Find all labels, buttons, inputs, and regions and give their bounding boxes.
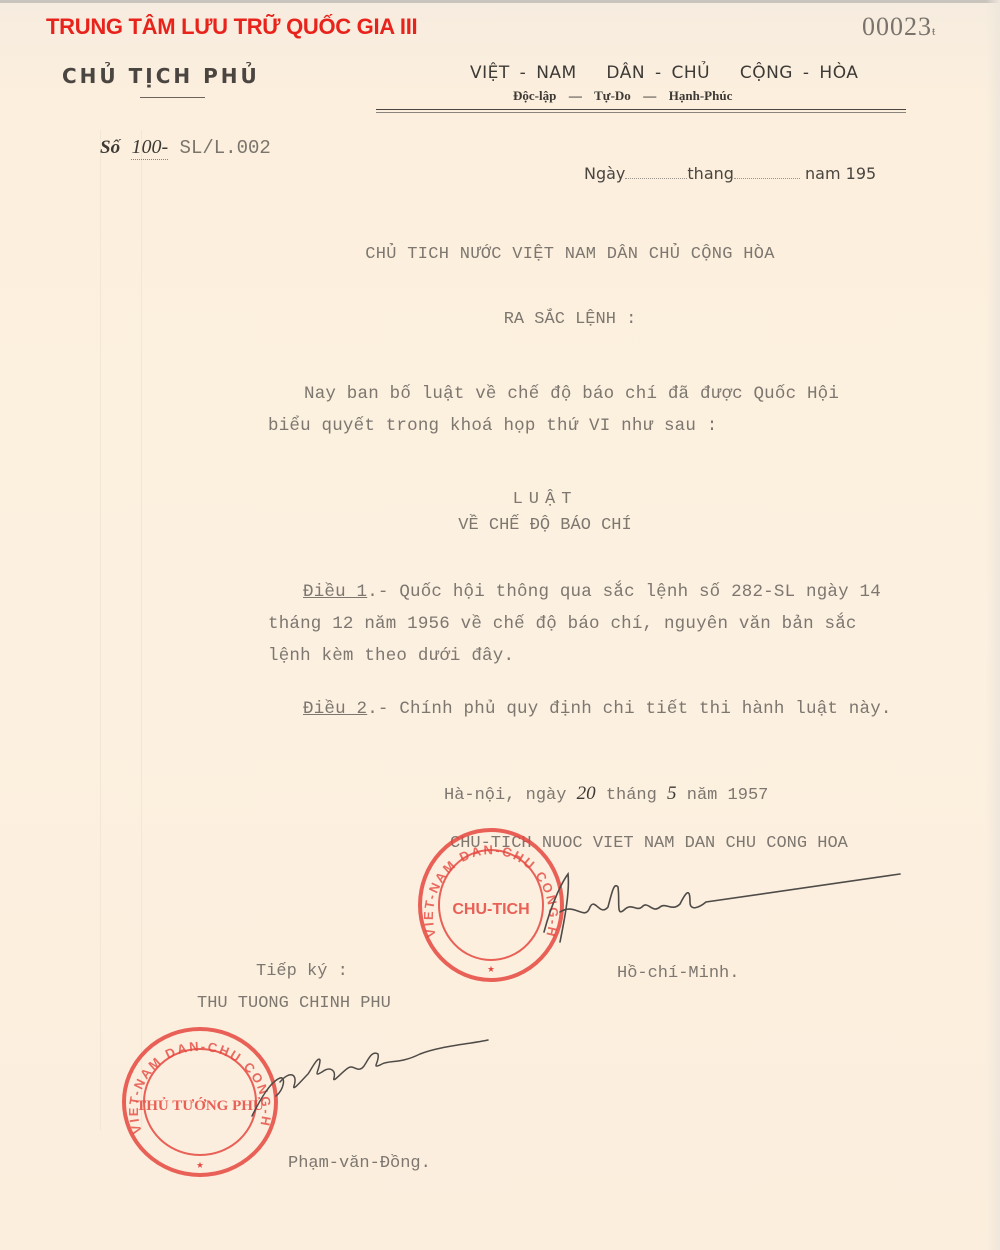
page-number-suffix: ŧ	[932, 24, 936, 38]
signing-place-date: Hà-nội, ngày 20 tháng 5 năm 1957	[444, 783, 768, 805]
signing-month-handwritten: 5	[667, 783, 677, 804]
date-year-label: nam	[805, 164, 841, 183]
letterhead-rule-thin	[376, 112, 906, 113]
date-month-blank	[734, 166, 800, 179]
document-number-typed: SL/L.002	[168, 137, 271, 159]
nation-name: VIỆT - NAM DÂN - CHỦ CỘNG - HÒA	[470, 63, 858, 83]
signing-month-label: tháng	[596, 786, 667, 805]
article-2-label: Điều 2	[303, 699, 367, 719]
national-motto: Độc-lập — Tự-Do — Hạnh-Phúc	[513, 88, 732, 104]
law-subtitle: VỀ CHẾ ĐỘ BÁO CHÍ	[400, 516, 690, 535]
cosign-label: Tiếp ký :	[256, 962, 348, 981]
date-month-label: thang	[687, 164, 734, 183]
article-1-separator: .-	[367, 582, 399, 602]
document-number: Số 100- SL/L.002	[100, 136, 271, 159]
article-1-label: Điều 1	[303, 582, 367, 602]
scan-right-edge	[986, 0, 1000, 1250]
scan-top-edge	[0, 0, 1000, 3]
issuing-organization: CHỦ TỊCH PHỦ	[62, 64, 260, 88]
article-2-line-1: Điều 2.- Chính phủ quy định chi tiết thi…	[303, 699, 892, 719]
article-1-line-1: Điều 1.- Quốc hội thông qua sắc lệnh số …	[303, 582, 881, 602]
article-2-text-1: Chính phủ quy định chi tiết thi hành luậ…	[399, 699, 891, 719]
svg-text:★: ★	[196, 1158, 203, 1172]
intro-line-2: biểu quyết trong khoá họp thứ VI như sau…	[268, 416, 717, 436]
letterhead-rule	[376, 109, 906, 110]
decree-issuer-heading: CHỦ TICH NƯỚC VIỆT NAM DÂN CHỦ CỘNG HÒA	[300, 245, 840, 264]
law-title: LUẬT	[400, 490, 690, 509]
president-signature	[540, 862, 910, 952]
article-2-separator: .-	[367, 699, 399, 719]
document-number-label: Số	[100, 137, 120, 158]
date-year-prefix: 195	[846, 164, 877, 183]
svg-text:CHU-TICH: CHU-TICH	[452, 901, 529, 918]
signing-place: Hà-nội, ngày	[444, 786, 577, 805]
svg-text:★: ★	[487, 962, 494, 976]
article-1-line-2: tháng 12 năm 1956 về chế độ báo chí, ngu…	[268, 614, 857, 634]
prime-minister-signature	[250, 1030, 500, 1120]
signing-year: năm 1957	[677, 786, 769, 805]
decree-heading: RA SẮC LỆNH :	[400, 310, 740, 329]
date-day-label: Ngày	[584, 164, 625, 183]
intro-line-1: Nay ban bố luật về chế độ báo chí đã đượ…	[304, 384, 839, 404]
document-page: TRUNG TÂM LƯU TRỮ QUỐC GIA III 00023ŧ CH…	[0, 0, 1000, 1250]
date-day-blank	[625, 166, 687, 179]
page-number-value: 00023	[862, 12, 932, 41]
signatory-name: Hồ-chí-Minh.	[617, 964, 739, 983]
article-1-text-1: Quốc hội thông qua sắc lệnh số 282-SL ng…	[399, 582, 881, 602]
cosign-title: THU TUONG CHINH PHU	[197, 994, 391, 1013]
archive-watermark-title: TRUNG TÂM LƯU TRỮ QUỐC GIA III	[46, 14, 417, 40]
page-number: 00023ŧ	[862, 12, 936, 42]
signing-day-handwritten: 20	[577, 783, 596, 804]
svg-text:THỦ TƯỚNG PHỦ: THỦ TƯỚNG PHỦ	[136, 1097, 264, 1114]
cosignatory-name: Phạm-văn-Đồng.	[288, 1154, 431, 1173]
organization-underline	[140, 97, 205, 98]
article-1-line-3: lệnh kèm theo dưới đây.	[268, 646, 514, 666]
bleed-through-strip	[100, 130, 142, 1130]
document-number-handwritten: 100-	[131, 136, 168, 158]
date-form: Ngàythang nam 195	[584, 164, 876, 183]
